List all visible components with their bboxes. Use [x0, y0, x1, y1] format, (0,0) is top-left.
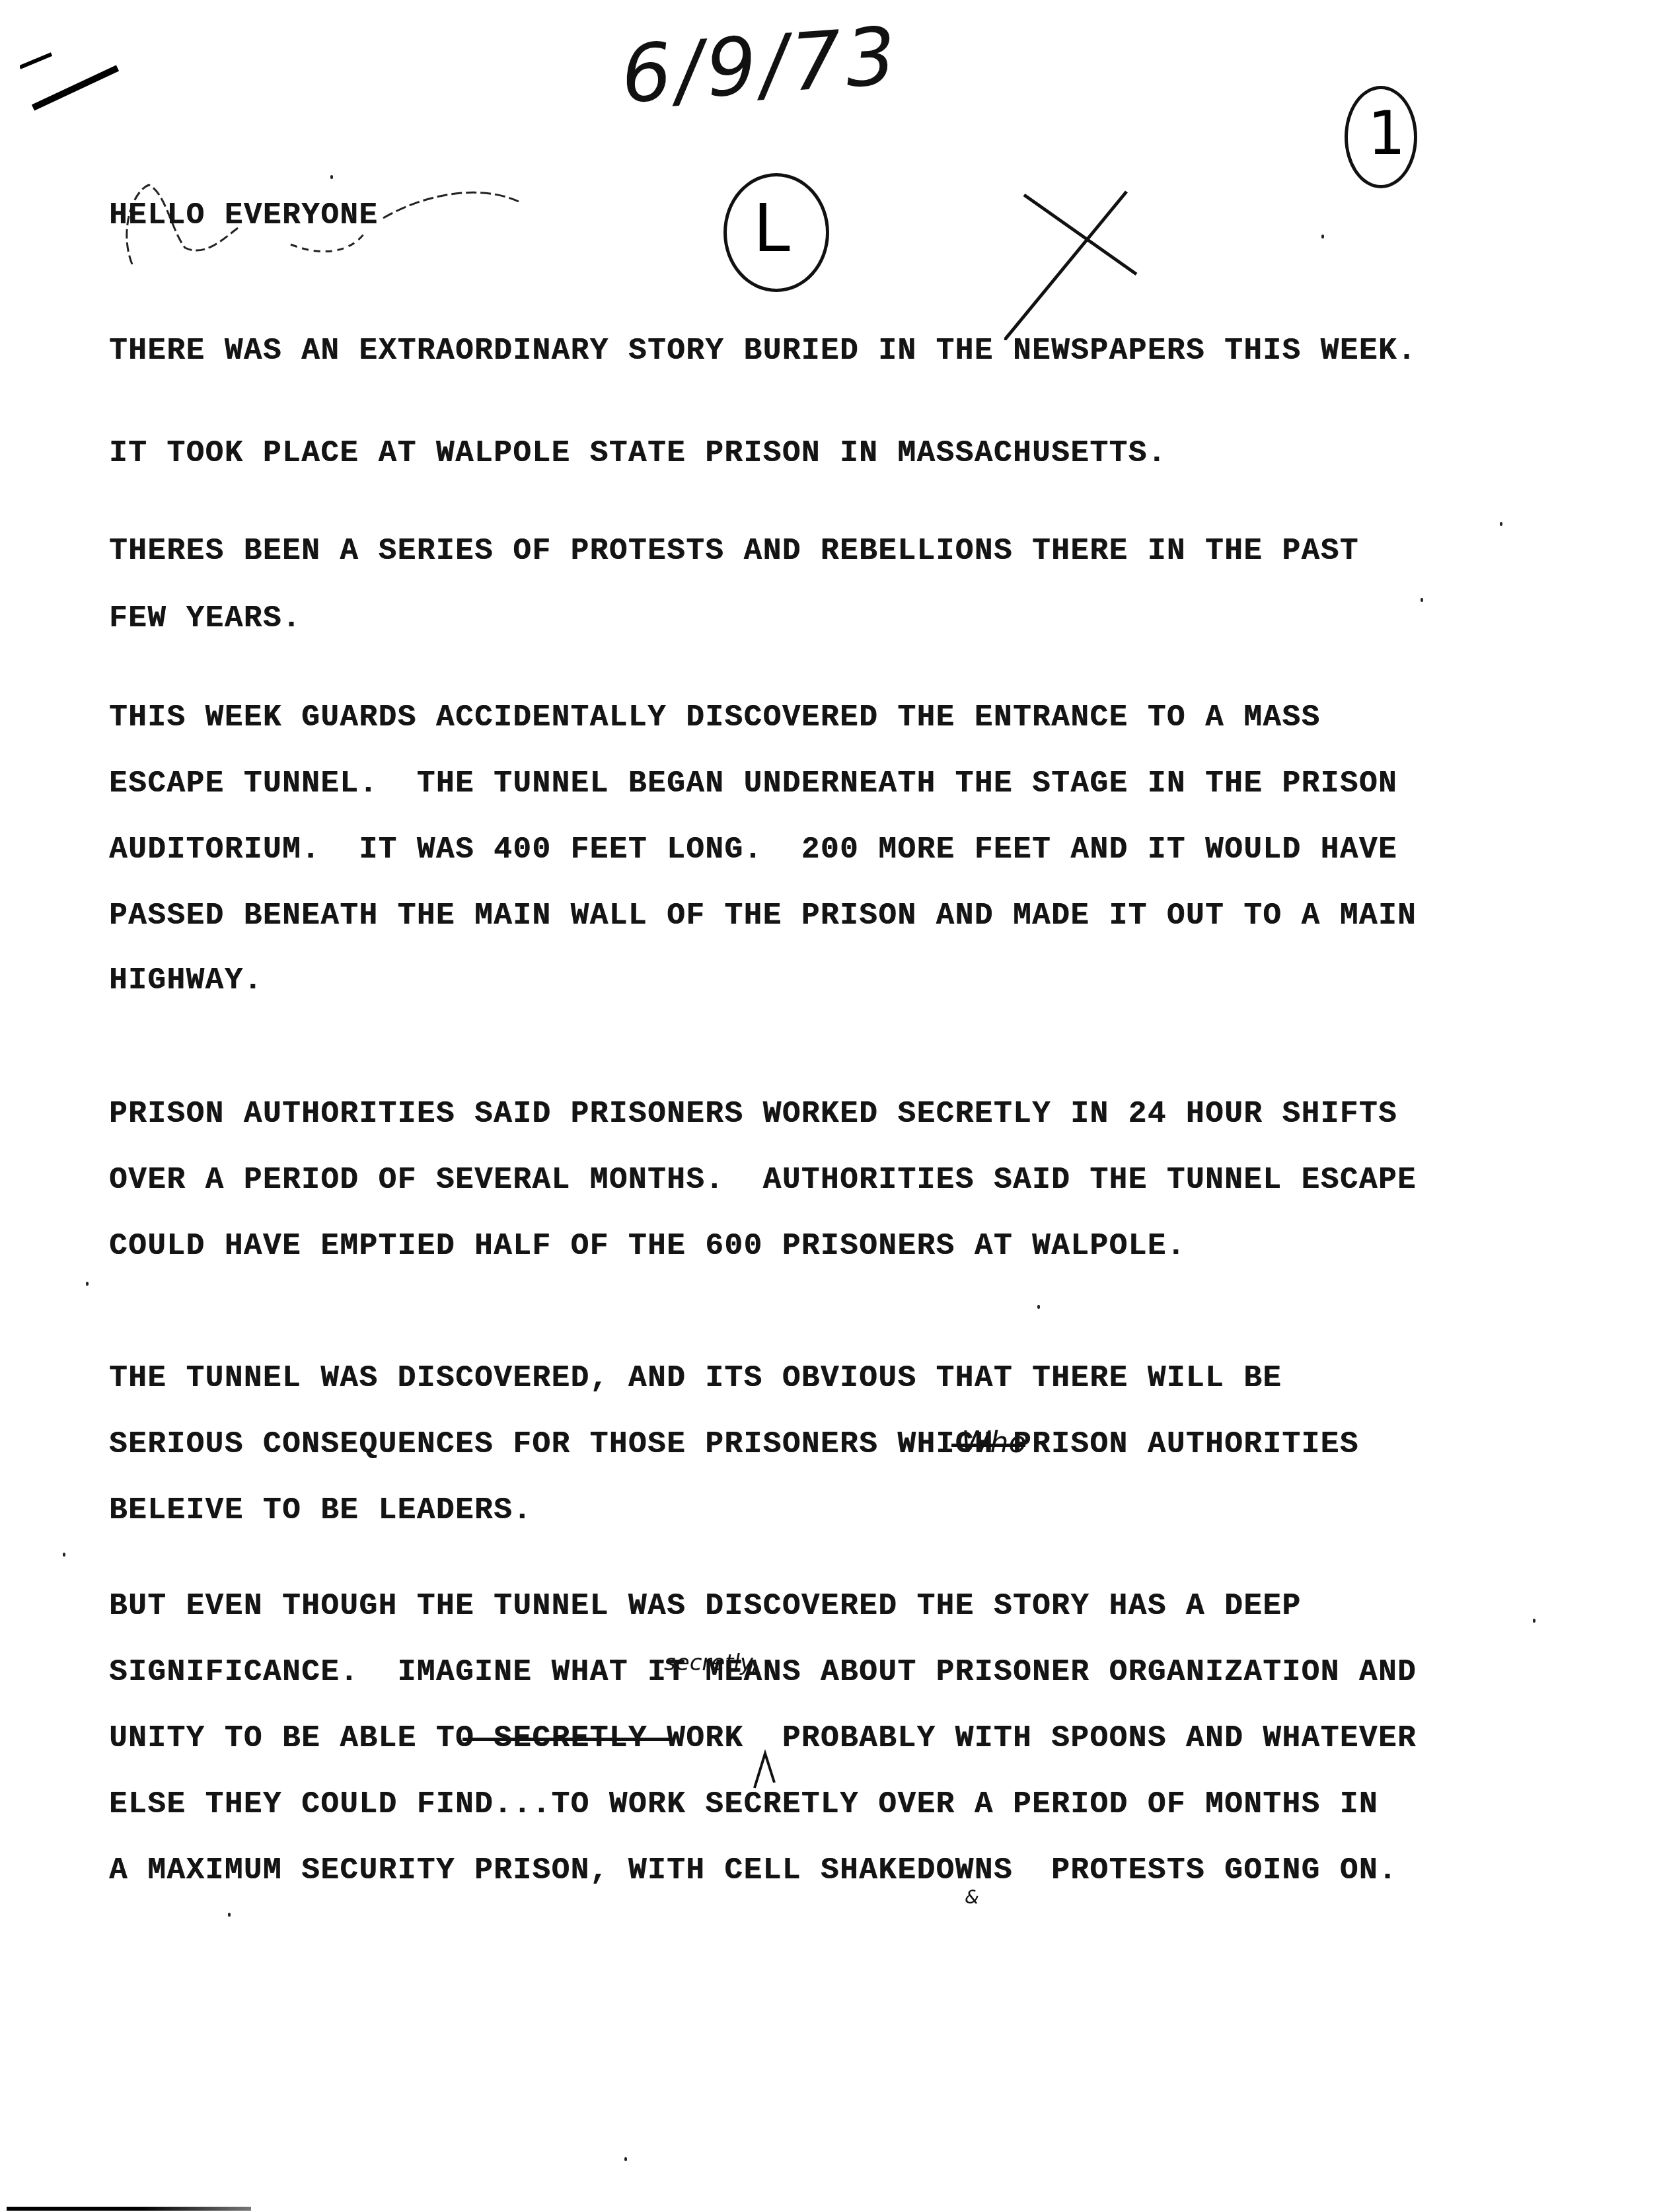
page-number: 1: [1368, 99, 1405, 168]
line-13: THE TUNNEL WAS DISCOVERED, AND ITS OBVIO…: [109, 1361, 1282, 1395]
line-4: FEW YEARS.: [109, 601, 301, 636]
line-9: HIGHWAY.: [109, 963, 263, 998]
line-12: COULD HAVE EMPTIED HALF OF THE 600 PRISO…: [109, 1229, 1186, 1263]
line-19: ELSE THEY COULD FIND...TO WORK SECRETLY …: [109, 1787, 1378, 1822]
line-10: PRISON AUTHORITIES SAID PRISONERS WORKED…: [109, 1097, 1397, 1131]
line-20: A MAXIMUM SECURITY PRISON, WITH CELL SHA…: [109, 1853, 1397, 1888]
strikethrough-which: [951, 1444, 1025, 1447]
line-2: IT TOOK PLACE AT WALPOLE STATE PRISON IN…: [109, 436, 1167, 470]
speck: [86, 1282, 89, 1286]
line-11: OVER A PERIOD OF SEVERAL MONTHS. AUTHORI…: [109, 1163, 1417, 1197]
cross-mark: [1004, 188, 1150, 340]
speck: [228, 1913, 231, 1917]
line-6: ESCAPE TUNNEL. THE TUNNEL BEGAN UNDERNEA…: [109, 766, 1397, 801]
line-1: THERE WAS AN EXTRAORDINARY STORY BURIED …: [109, 334, 1417, 368]
handwritten-insert-secretly: secretly,: [664, 1650, 758, 1676]
circled-l-mark: L: [723, 173, 829, 292]
line-16: BUT EVEN THOUGH THE TUNNEL WAS DISCOVERE…: [109, 1589, 1301, 1623]
handwritten-insert-ampersand: &: [965, 1886, 979, 1908]
line-15: BELEIVE TO BE LEADERS.: [109, 1493, 532, 1528]
line-14: SERIOUS CONSEQUENCES FOR THOSE PRISONERS…: [109, 1427, 1359, 1461]
speck: [624, 2157, 627, 2161]
circled-page-number: 1: [1345, 86, 1417, 188]
bottom-edge-mark: [7, 2207, 251, 2211]
pen-stroke-mark: [20, 40, 126, 112]
speck: [1533, 1619, 1535, 1623]
line-5: THIS WEEK GUARDS ACCIDENTALLY DISCOVERED…: [109, 700, 1321, 735]
line-7: AUDITORIUM. IT WAS 400 FEET LONG. 200 MO…: [109, 832, 1397, 867]
speck: [1421, 598, 1423, 602]
strikethrough-secretly: [462, 1738, 674, 1741]
handwritten-date: 6/9/73: [618, 10, 903, 121]
speck: [1037, 1305, 1040, 1309]
line-3: THERES BEEN A SERIES OF PROTESTS AND REB…: [109, 534, 1359, 568]
speck: [1321, 235, 1324, 239]
typewritten-page: 6/9/73 1 L HELLO EVERYONE THERE WAS AN E…: [0, 0, 1663, 2212]
speck: [63, 1553, 65, 1557]
speck: [1500, 522, 1502, 526]
line-17: SIGNIFICANCE. IMAGINE WHAT IT MEANS ABOU…: [109, 1655, 1417, 1689]
insertion-caret-icon: [752, 1750, 778, 1789]
line-8: PASSED BENEATH THE MAIN WALL OF THE PRIS…: [109, 899, 1417, 933]
greeting: HELLO EVERYONE: [109, 198, 378, 233]
l-mark: L: [753, 190, 790, 267]
speck: [330, 175, 333, 179]
